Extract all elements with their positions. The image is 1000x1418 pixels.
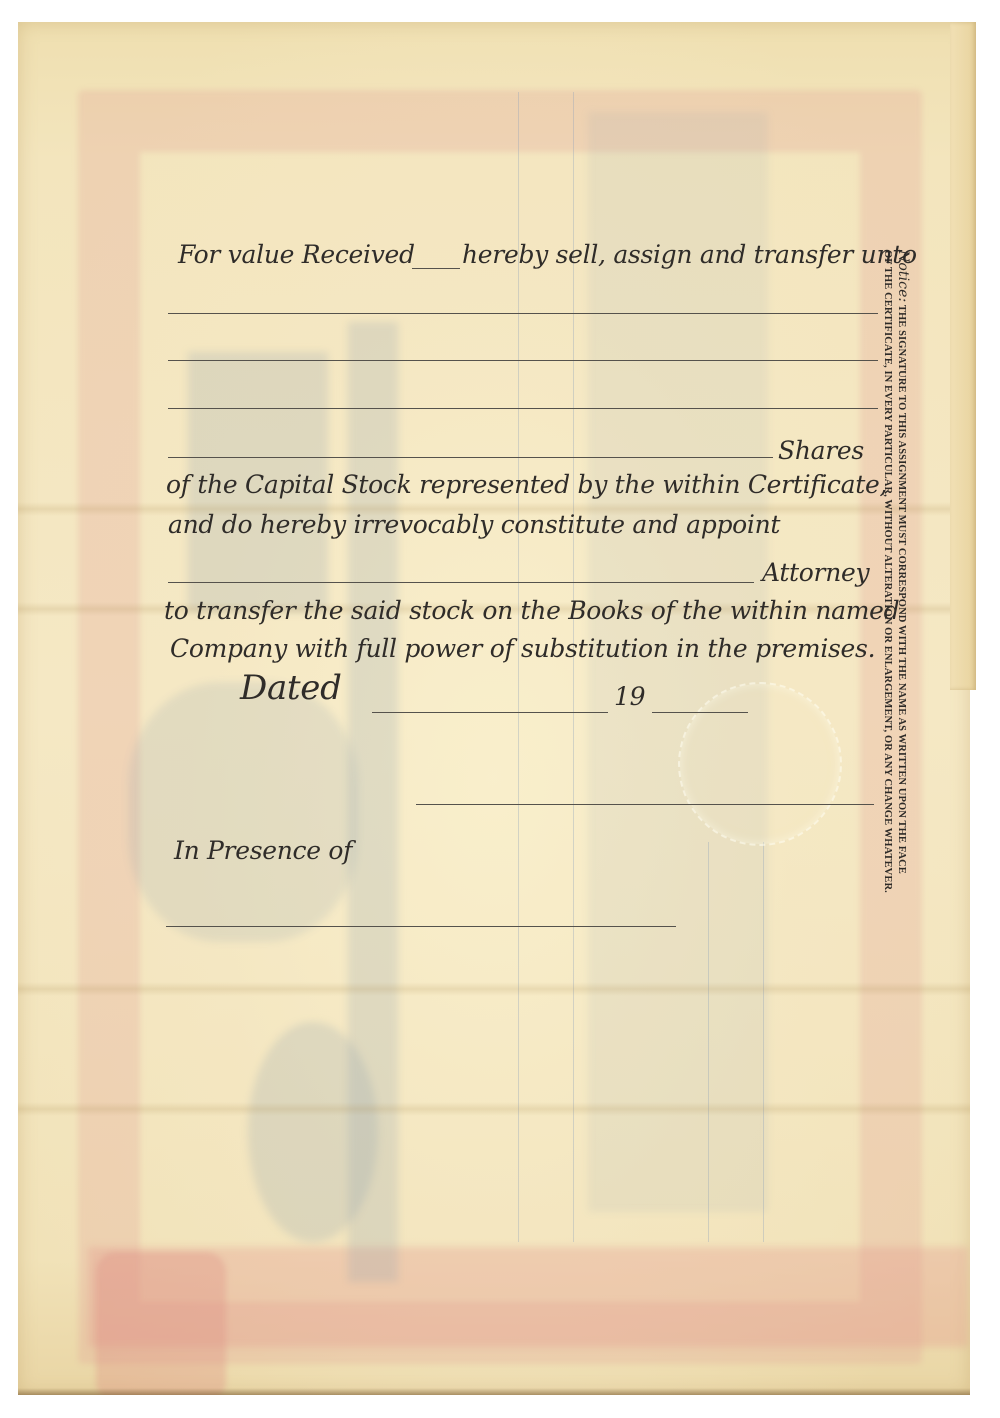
for-value-received-label: For value Received bbox=[178, 240, 415, 269]
notice-label: Notice: bbox=[895, 250, 911, 302]
shares-label: Shares bbox=[778, 436, 864, 465]
year-line[interactable] bbox=[652, 712, 748, 713]
notice-line-2: OF THE CERTIFICATE, IN EVERY PARTICULAR,… bbox=[880, 250, 894, 900]
dated-label: Dated bbox=[240, 668, 342, 708]
shares-count-line[interactable] bbox=[168, 457, 773, 458]
paper-wrinkle bbox=[18, 1102, 970, 1116]
paper-worn-edge bbox=[18, 1388, 970, 1395]
paper-edge-flap bbox=[950, 22, 976, 690]
assignor-name-line[interactable] bbox=[412, 268, 460, 269]
assignee-line-3[interactable] bbox=[168, 408, 878, 409]
notice-line-1: Notice: THE SIGNATURE TO THIS ASSIGNMENT… bbox=[894, 250, 910, 900]
show-through-denomination-badge bbox=[96, 1252, 226, 1395]
transfer-stock-text: to transfer the said stock on the Books … bbox=[164, 596, 899, 625]
signature-line[interactable] bbox=[416, 804, 874, 805]
paper-wrinkle bbox=[18, 982, 970, 996]
substitution-text: Company with full power of substitution … bbox=[170, 634, 875, 663]
certificate-paper bbox=[18, 22, 970, 1395]
attorney-label: Attorney bbox=[762, 558, 869, 587]
show-through-vignette-mid bbox=[128, 682, 358, 942]
embossed-seal bbox=[678, 682, 842, 846]
sell-assign-transfer-label: hereby sell, assign and transfer unto bbox=[462, 240, 917, 269]
year-prefix: 19 bbox=[614, 682, 645, 711]
constitute-appoint-text: and do hereby irrevocably constitute and… bbox=[168, 510, 780, 539]
assignee-line-2[interactable] bbox=[168, 360, 878, 361]
capital-stock-text: of the Capital Stock represented by the … bbox=[166, 470, 887, 499]
in-presence-of-label: In Presence of bbox=[174, 836, 352, 865]
signature-notice: Notice: THE SIGNATURE TO THIS ASSIGNMENT… bbox=[870, 250, 910, 900]
assignee-line-1[interactable] bbox=[168, 313, 878, 314]
date-line[interactable] bbox=[372, 712, 608, 713]
witness-signature-line[interactable] bbox=[166, 926, 676, 927]
show-through-vignette-bottom bbox=[248, 1022, 378, 1242]
attorney-name-line[interactable] bbox=[168, 582, 754, 583]
